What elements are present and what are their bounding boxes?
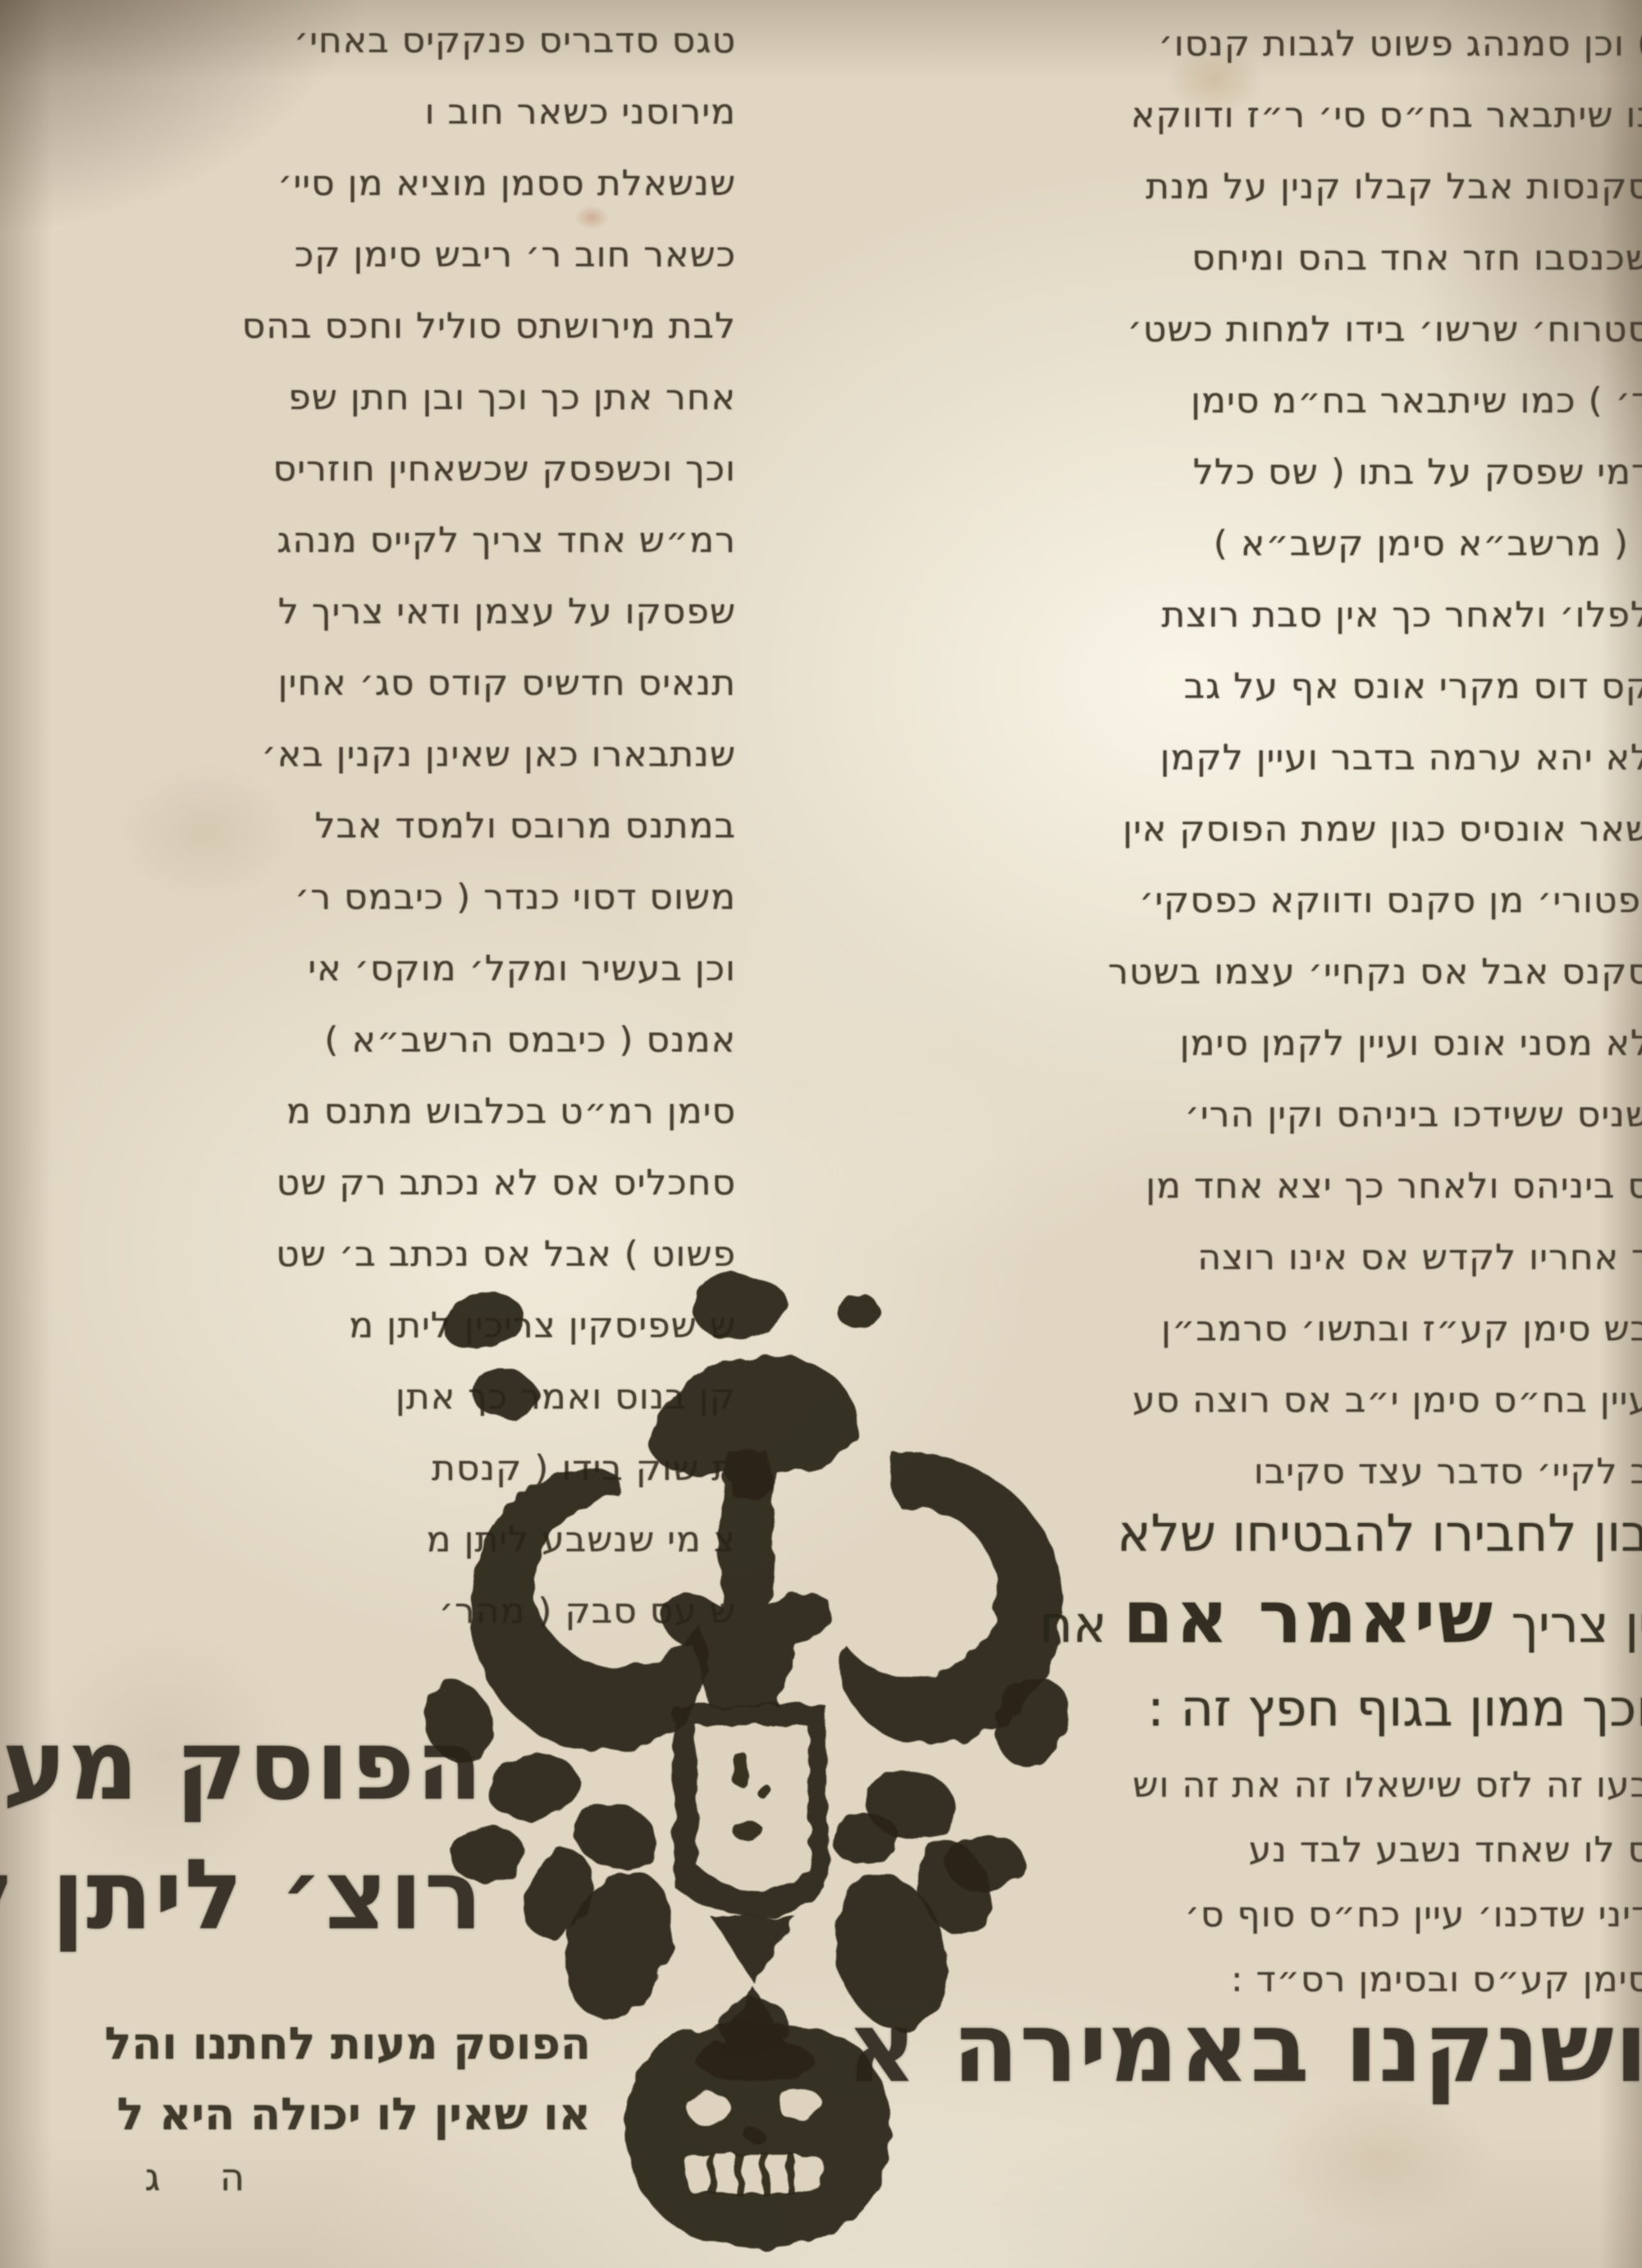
text-line: שאר אונסיס כגון שמת הפוסק אין [930, 795, 1642, 864]
text-line: רמ״ש אחד צריך לקייס מנהג [0, 506, 736, 575]
text-line: כשאר חוב ר׳ ריבש סימן קכ [0, 221, 736, 290]
text-line: ) וכן סמנהג פשוט לגבות קנסו׳ [930, 10, 1642, 79]
text-line: שפסקו על עצמן ודאי צריך ל [0, 578, 736, 647]
text-line: שניס ששידכו ביניהס וקין הרי׳ [930, 1081, 1642, 1150]
text-line: סטרוח׳ שרשו׳ בידו למחות כשט׳ [930, 295, 1642, 364]
text-line: שנשאלת ססמן מוציא מן סיי׳ [0, 149, 736, 218]
text-line: סחכליס אס לא נכתב רק שט [0, 1149, 736, 1218]
text-line: ופטורי׳ מן סקנס ודווקא כפסקי׳ [930, 867, 1642, 935]
text-line: לבת מירושתס סוליל וחכס בהס [0, 292, 736, 361]
quire-signature-mark: ה ג [0, 2155, 245, 2199]
text-line: ס ביניהס ולאחר כך יצא אחד מן [930, 1152, 1642, 1221]
text-line: וכן בעשיר ומקל׳ מוקס׳ אי [0, 935, 736, 1004]
text-line: טגס סדבריס פנקקיס באחי׳ [0, 7, 736, 75]
text-line: שכנסבו חזר אחד בהס ומיחס [930, 224, 1642, 293]
text-line: לא מסני אונס ועיין לקמן סימן [930, 1009, 1642, 1078]
text-line: משוס דסוי כנדר ( כיבמס ר׳ [0, 863, 736, 932]
text-line: אחר אתן כך וכך ובן חתן שפ [0, 364, 736, 432]
text-line: ד׳ ) כמו שיתבאר בח״מ סימן [930, 367, 1642, 436]
text-line: דמי שפסק על בתו ( שס כלל [930, 438, 1642, 507]
text-line: שנתבארו כאן שאינן נקנין בא׳ [0, 720, 736, 789]
text-line: סקנסות אבל קבלו קנין על מנת [930, 153, 1642, 222]
page: טגס סדבריס פנקקיס באחי׳מירוסני כשאר חוב … [0, 0, 1642, 2268]
text-line: במתנס מרובס ולמסד אבל [0, 792, 736, 861]
text-line: קס דוס מקרי אונס אף על גב [930, 652, 1642, 721]
heraldic-ink-stamp [409, 1262, 1108, 2268]
text-line: וכך וכשפסק שכשאחין חוזריס [0, 435, 736, 504]
text-line: ו ( מרשב״א סימן קשב״א ) [930, 510, 1642, 578]
text-line: סימן רמ״ט בכלבוש מתנס מ [0, 1077, 736, 1146]
text-line: נו שיתבאר בח״ס סי׳ ר״ז ודווקא [930, 81, 1642, 150]
text-line: מירוסני כשאר חוב ו [0, 78, 736, 147]
text-line: אמנס ( כיבמס הרשב״א ) [0, 1006, 736, 1075]
text-line: סקנס אבל אס נקחיי׳ עצמו בשטר [930, 938, 1642, 1007]
text-line: תנאיס חדשיס קודס סג׳ אחין [0, 649, 736, 718]
text-line: לא יהא ערמה בדבר ועיין לקמן [930, 724, 1642, 793]
text-line: לפלו׳ ולאחר כך אין סבת רוצת [930, 581, 1642, 650]
